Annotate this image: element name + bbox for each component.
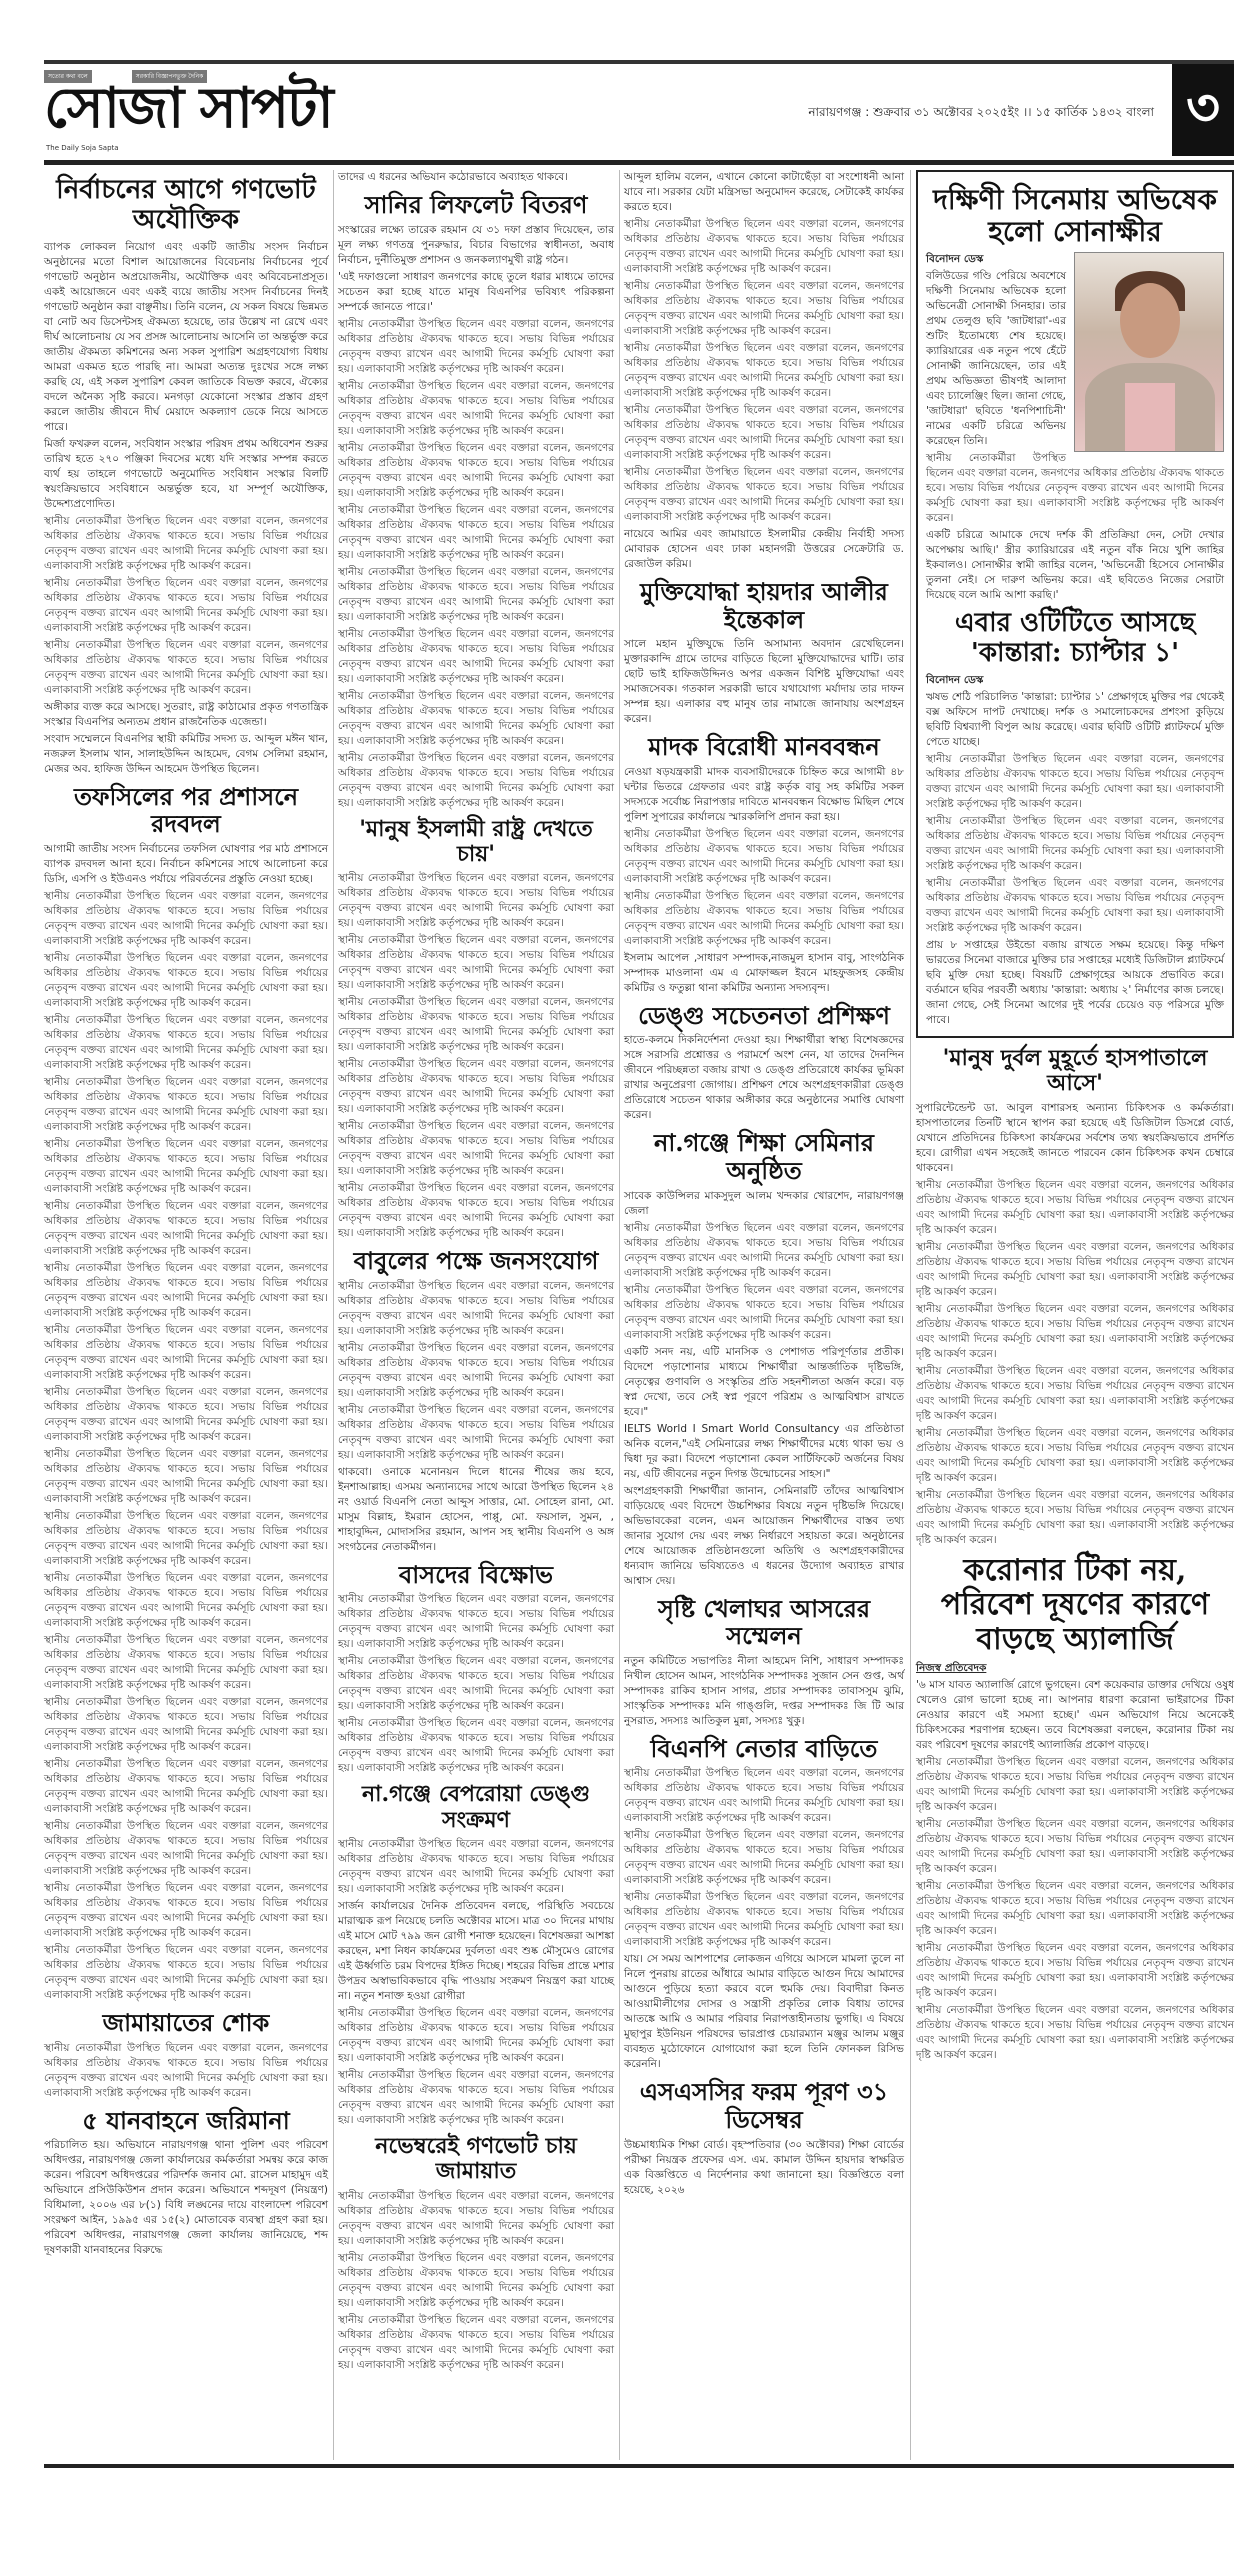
article-text: আগামী জাতীয় সংসদ নির্বাচনের তফসিল ঘোষণা… [44,842,328,887]
article-text: নেওয়া ষড়যন্ত্রকারী মাদক ব্যবসায়ীদেরকে… [624,765,904,825]
headline-gonovote: নির্বাচনের আগে গণভোট অযৌক্তিক [44,176,328,236]
article-text: স্থানীয় নেতাকর্মীরা উপস্থিত ছিলেন এবং ব… [338,1654,614,1714]
headline-hospital: 'মানুষ দুর্বল মুহূর্তে হাসপাতালে আসে' [916,1046,1234,1097]
article-text: স্থানীয় নেতাকর্মীরা উপস্থিত ছিলেন এবং ব… [44,1447,328,1507]
article-text: ইসলাম আপেল ,সাধারণ সম্পাদক,নাজমুল হাসান … [624,951,904,996]
article-text: স্থানীয় নেতাকর্মীরা উপস্থিত ছিলেন এবং ব… [926,752,1224,812]
article-text: স্থানীয় নেতাকর্মীরা উপস্থিত ছিলেন এবং ব… [44,951,328,1011]
article-text: স্থানীয় নেতাকর্মীরা উপস্থিত ছিলেন এবং ব… [338,1592,614,1652]
article-text: স্থানীয় নেতাকর্মীরা উপস্থিত ছিলেন এবং ব… [338,1716,614,1776]
article-text: স্থানীয় নেতাকর্মীরা উপস্থিত ছিলেন এবং ব… [916,1488,1234,1548]
newspaper-page: সত্যের কথা বলে সরকারি বিজ্ঞাপনভুক্ত দৈনি… [44,60,1234,2500]
headline-sonakshi: দক্ষিণী সিনেমায় অভিষেক হলো সোনাক্ষীর [926,184,1224,248]
article-text: স্থানীয় নেতাকর্মীরা উপস্থিত ছিলেন এবং ব… [44,1881,328,1941]
article-text: সংস্কারের লক্ষ্যে তারেক রহমান যে ৩১ দফা … [338,223,614,268]
article-text: স্থানীয় নেতাকর্মীরা উপস্থিত ছিলেন এবং ব… [624,889,904,949]
column-2: তাদের এ ধরনের অভিযান কঠোরভাবে অব্যাহত থা… [338,170,614,2375]
article-text: অংশগ্রহণকারী শিক্ষার্থীরা জানান, সেমিনার… [624,1484,904,1589]
article-text: স্থানীয় নেতাকর্মীরা উপস্থিত ছিলেন এবং ব… [338,689,614,749]
headline-basad-protest: বাসদের বিক্ষোভ [338,1561,614,1589]
article-text: স্থানীয় নেতাকর্মীরা উপস্থিত ছিলেন এবং ব… [44,638,328,698]
article-text: স্থানীয় নেতাকর্মীরা উপস্থিত ছিলেন এবং ব… [916,1879,1234,1939]
article-text: স্থানীয় নেতাকর্মীরা উপস্থিত ছিলেন এবং ব… [338,1181,614,1241]
article-text: ব্যাপক লোকবল নিয়োগ এবং একটি জাতীয় সংসদ… [44,240,328,435]
article-text: স্থানীয় নেতাকর্মীরা উপস্থিত ছিলেন এবং ব… [926,876,1224,936]
column-divider [910,170,911,2460]
article-text: সার্জন কার্যালয়ের দৈনিক প্রতিবেদন বলছে,… [338,1899,614,2004]
article-text: '৬ মাস যাবত অ্যালার্জি রোগে ভুগছেন। বেশ … [916,1678,1234,1753]
article-text: স্থানীয় নেতাকর্মীরা উপস্থিত ছিলেন এবং ব… [338,1837,614,1897]
article-text: স্থানীয় নেতাকর্মীরা উপস্থিত ছিলেন এবং ব… [44,1509,328,1569]
article-text: স্থানীয় নেতাকর্মীরা উপস্থিত ছিলেন এবং ব… [338,2251,614,2311]
masthead: সত্যের কথা বলে সরকারি বিজ্ঞাপনভুক্ত দৈনি… [44,60,1234,160]
headline-november-referendum: নভেম্বরেই গণভোট চায় জামায়াত [338,2134,614,2185]
article-text: স্থানীয় নেতাকর্মীরা উপস্থিত ছিলেন এবং ব… [338,503,614,563]
article-text: স্থানীয় নেতাকর্মীরা উপস্থিত ছিলেন এবং ব… [624,1221,904,1281]
article-text: স্থানীয় নেতাকর্মীরা উপস্থিত ছিলেন এবং ব… [624,403,904,463]
article-text: স্থানীয় নেতাকর্মীরা উপস্থিত ছিলেন এবং ব… [44,1261,328,1321]
article-text: স্থানীয় নেতাকর্মীরা উপস্থিত ছিলেন এবং ব… [338,1403,614,1463]
article-text: স্থানীয় নেতাকর্মীরা উপস্থিত ছিলেন এবং ব… [624,341,904,401]
article-text: সংবাদ সম্মেলনে বিএনপির স্থায়ী কমিটির সদ… [44,732,328,777]
article-text: স্থানীয় নেতাকর্মীরা উপস্থিত ছিলেন এবং ব… [338,1057,614,1117]
article-text: স্থানীয় নেতাকর্মীরা উপস্থিত ছিলেন এবং ব… [338,627,614,687]
column-3: আব্দুল হালিম বলেন, এখানে কোনো কাটাছেঁড়া… [624,170,904,2200]
article-text: IELTS World I Smart World Consultancy এর… [624,1422,904,1482]
article-text: স্থানীয় নেতাকর্মীরা উপস্থিত ছিলেন এবং ব… [916,1302,1234,1362]
article-text: স্থানীয় নেতাকর্মীরা উপস্থিত ছিলেন এবং ব… [338,1279,614,1339]
article-text: অঙ্গীকার ব্যক্ত করে আসছে। সুতরাং, রাষ্ট্… [44,700,328,730]
article-text: স্থানীয় নেতাকর্মীরা উপস্থিত ছিলেন এবং ব… [624,1766,904,1826]
article-text: নায়েবে আমির এবং জামায়াতে ইসলামীর কেন্দ… [624,527,904,572]
column-divider [619,170,620,2460]
article-text: স্থানীয় নেতাকর্মীরা উপস্থিত ছিলেন এবং ব… [916,2003,1234,2063]
headline-dengue-spread: না.গঞ্জে বেপরোয়া ডেঙ্গু সংক্রমণ [338,1782,614,1833]
headline-kantara: এবার ওটিটিতে আসছে 'কান্তারা: চ্যাপ্টার ১… [926,609,1224,669]
article-text: স্থানীয় নেতাকর্মীরা উপস্থিত ছিলেন এবং ব… [338,1119,614,1179]
article-text: স্থানীয় নেতাকর্মীরা উপস্থিত ছিলেন এবং ব… [338,995,614,1055]
article-text: স্থানীয় নেতাকর্মীরা উপস্থিত ছিলেন এবং ব… [916,1817,1234,1877]
masthead-rule [44,160,1234,165]
article-text: স্থানীয় নেতাকর্মীরা উপস্থিত ছিলেন এবং ব… [44,1199,328,1259]
article-text: স্থানীয় নেতাকর্মীরা উপস্থিত ছিলেন এবং ব… [44,1633,328,1693]
headline-babul-campaign: বাবুলের পক্ষে জনসংযোগ [338,1247,614,1275]
article-text: সালে মহান মুক্তিযুদ্ধে তিনি অসামান্য অবদ… [624,637,904,727]
headline-education-seminar: না.গঞ্জে শিক্ষা সেমিনার অনুষ্ঠিত [624,1129,904,1184]
article-text: স্থানীয় নেতাকর্মীরা উপস্থিত ছিলেন এবং ব… [338,441,614,501]
article-text: স্থানীয় নেতাকর্মীরা উপস্থিত ছিলেন এবং ব… [916,1755,1234,1815]
column-divider [333,170,334,2460]
headline-administration: তফসিলের পর প্রশাসনে রদবদল [44,783,328,838]
entertainment-box: দক্ষিণী সিনেমায় অভিষেক হলো সোনাক্ষীর বি… [916,170,1234,1038]
article-text: স্থানীয় নেতাকর্মীরা উপস্থিত ছিলেন এবং ব… [338,317,614,377]
article-text: প্রায় ৮ সপ্তাহের উইন্ডো বজায় রাখতে সক্… [926,938,1224,1028]
headline-ssc-form: এসএসসির ফরম পূরণ ৩১ ডিসেম্বর [624,2078,904,2133]
article-text: স্থানীয় নেতাকর্মীরা উপস্থিত ছিলেন এবং ব… [44,1943,328,2003]
headline-anti-drug: মাদক বিরোধী মানববন্ধন [624,733,904,761]
article-text: স্থানীয় নেতাকর্মীরা উপস্থিত ছিলেন এবং ব… [624,279,904,339]
article-text: স্থানীয় নেতাকর্মীরা উপস্থিত ছিলেন এবং ব… [916,1178,1234,1238]
article-text: স্থানীয় নেতাকর্মীরা উপস্থিত ছিলেন এবং ব… [44,1385,328,1445]
article-text: তাদের এ ধরনের অভিযান কঠোরভাবে অব্যাহত থা… [338,170,614,185]
headline-freedom-fighter: মুক্তিযোদ্ধা হায়দার আলীর ইন্তেকাল [624,578,904,633]
article-text: স্থানীয় নেতাকর্মীরা উপস্থিত ছিলেন এবং ব… [44,1695,328,1755]
newspaper-subtitle: The Daily Soja Sapta [46,144,119,152]
article-text: স্থানীয় নেতাকর্মীরা উপস্থিত ছিলেন এবং ব… [338,565,614,625]
page-number: ৩ [1172,64,1234,156]
article-text: স্থানীয় নেতাকর্মীরা উপস্থিত ছিলেন এবং ব… [338,751,614,811]
column-1: নির্বাচনের আগে গণভোট অযৌক্তিক ব্যাপক লোক… [44,170,328,2260]
article-text: স্থানীয় নেতাকর্মীরা উপস্থিত ছিলেন এবং ব… [338,2189,614,2249]
sonakshi-photo [1074,252,1224,452]
article-text: যায়। সে সময় আশপাশের লোকজন এগিয়ে আসলে … [624,1952,904,2072]
article-text: স্থানীয় নেতাকর্মীরা উপস্থিত ছিলেন এবং ব… [338,871,614,931]
article-text: স্থানীয় নেতাকর্মীরা উপস্থিত ছিলেন এবং ব… [624,1890,904,1950]
article-text: স্থানীয় নেতাকর্মীরা উপস্থিত ছিলেন এবং ব… [916,1426,1234,1486]
newspaper-logo: সোজা সাপটা [44,76,332,140]
article-text: হাতে-কলমে দিকনির্দেশনা দেওয়া হয়। শিক্ষ… [624,1033,904,1123]
article-text: স্থানীয় নেতাকর্মীরা উপস্থিত ছিলেন এবং ব… [916,1364,1234,1424]
article-text: স্থানীয় নেতাকর্মীরা উপস্থিত ছিলেন এবং ব… [44,1075,328,1135]
byline: নিজস্ব প্রতিবেদক [916,1661,1234,1676]
article-text: স্থানীয় নেতাকর্মীরা উপস্থিত ছিলেন এবং ব… [338,2068,614,2128]
article-text: স্থানীয় নেতাকর্মীরা উপস্থিত ছিলেন এবং ব… [926,814,1224,874]
article-text: স্থানীয় নেতাকর্মীরা উপস্থিত ছিলেন এবং ব… [44,1013,328,1073]
article-text: আব্দুল হালিম বলেন, এখানে কোনো কাটাছেঁড়া… [624,170,904,215]
headline-leaflet: সানির লিফলেট বিতরণ [338,191,614,219]
dateline: নারায়ণগঞ্জ : শুক্রবার ৩১ অক্টোবর ২০২৫ইং… [808,104,1154,124]
article-text: স্থানীয় নেতাকর্মীরা উপস্থিত ছিলেন এবং ব… [44,1819,328,1879]
article-text: 'এই দফাগুলো সাধারণ জনগণের কাছে তুলে ধরার… [338,270,614,315]
article-text: স্থানীয় নেতাকর্মীরা উপস্থিত ছিলেন এবং ব… [44,1757,328,1817]
article-text: স্থানীয় নেতাকর্মীরা উপস্থিত ছিলেন এবং ব… [338,1341,614,1401]
column-4: দক্ষিণী সিনেমায় অভিষেক হলো সোনাক্ষীর বি… [916,170,1234,2065]
article-text: সুপারিন্টেন্ডেন্ট ডা. আবুল বাশারসহ অন্যা… [916,1101,1234,1176]
article-text: স্থানীয় নেতাকর্মীরা উপস্থিত ছিলেন এবং ব… [44,889,328,949]
article-text: স্থানীয় নেতাকর্মীরা উপস্থিত ছিলেন এবং ব… [916,1240,1234,1300]
headline-vehicle-fine: ৫ যানবাহনে জরিমানা [44,2107,328,2135]
article-text: স্থানীয় নেতাকর্মীরা উপস্থিত ছিলেন এবং ব… [338,2313,614,2373]
article-text: স্থানীয় নেতাকর্মীরা উপস্থিত ছিলেন এবং ব… [624,217,904,277]
article-text: স্থানীয় নেতাকর্মীরা উপস্থিত ছিলেন এবং ব… [624,1828,904,1888]
article-text: স্থানীয় নেতাকর্মীরা উপস্থিত ছিলেন এবং ব… [338,933,614,993]
article-text: সাবেক কাউন্সিলর মাকসুদুল আলম খন্দকার খোর… [624,1189,904,1219]
article-text: নতুন কমিটিতে সভাপতিঃ নীলা আহমেদ নিশি, সা… [624,1654,904,1729]
bottom-rule [44,2464,1234,2468]
article-text: স্থানীয় নেতাকর্মীরা উপস্থিত ছিলেন এবং ব… [338,379,614,439]
article-text: স্থানীয় নেতাকর্মীরা উপস্থিত ছিলেন এবং ব… [44,2041,328,2101]
article-text: থাকবো। ওনাকে মনোনয়ন দিলে ধানের শীষের জয… [338,1465,614,1555]
article-text: পরিচালিত হয়। অভিযানে নারায়ণগঞ্জ থানা প… [44,2138,328,2258]
article-text: স্থানীয় নেতাকর্মীরা উপস্থিত ছিলেন এবং ব… [624,465,904,525]
byline: বিনোদন ডেস্ক [926,673,1224,688]
article-text: স্থানীয় নেতাকর্মীরা উপস্থিত ছিলেন এবং ব… [624,1283,904,1343]
article-text: উচ্চমাধ্যমিক শিক্ষা বোর্ড। বৃহস্পতিবার (… [624,2138,904,2198]
article-text: স্থানীয় নেতাকর্মীরা উপস্থিত ছিলেন এবং ব… [44,1571,328,1631]
article-text: মির্জা ফখরুল বলেন, সংবিধান সংস্কার পরিষদ… [44,437,328,512]
headline-allergy: করোনার টিকা নয়, পরিবেশ দূষণের কারণে বাড… [916,1554,1234,1658]
article-text: স্থানীয় নেতাকর্মীরা উপস্থিত ছিলেন এবং ব… [44,514,328,574]
article-text: একটি সনদ নয়, এটি মানসিক ও পেশাগত পরিপূর… [624,1345,904,1420]
headline-dengue-training: ডেঙ্গু সচেতনতা প্রশিক্ষণ [624,1002,904,1030]
article-text: স্থানীয় নেতাকর্মীরা উপস্থিত ছিলেন এবং ব… [44,1323,328,1383]
article-text: স্থানীয় নেতাকর্মীরা উপস্থিত ছিলেন এবং ব… [926,451,1224,526]
article-text: স্থানীয় নেতাকর্মীরা উপস্থিত ছিলেন এবং ব… [44,1137,328,1197]
headline-bnp-leader-house: বিএনপি নেতার বাড়িতে [624,1735,904,1763]
article-text: স্থানীয় নেতাকর্মীরা উপস্থিত ছিলেন এবং ব… [338,2006,614,2066]
headline-khelaghar: সৃষ্টি খেলাঘর আসরের সম্মেলন [624,1595,904,1650]
article-text: একটি চরিত্রে আমাকে দেখে দর্শক কী প্রতিক্… [926,528,1224,603]
headline-jamaat-condolence: জামায়াতের শোক [44,2009,328,2037]
article-text: ঋষভ শেঠি পরিচালিত 'কান্তারা: চ্যাপ্টার ১… [926,690,1224,750]
article-text: স্থানীয় নেতাকর্মীরা উপস্থিত ছিলেন এবং ব… [44,576,328,636]
article-text: স্থানীয় নেতাকর্মীরা উপস্থিত ছিলেন এবং ব… [916,1941,1234,2001]
headline-islamic-state: 'মানুষ ইসলামী রাষ্ট্র দেখতে চায়' [338,817,614,868]
article-text: স্থানীয় নেতাকর্মীরা উপস্থিত ছিলেন এবং ব… [624,827,904,887]
